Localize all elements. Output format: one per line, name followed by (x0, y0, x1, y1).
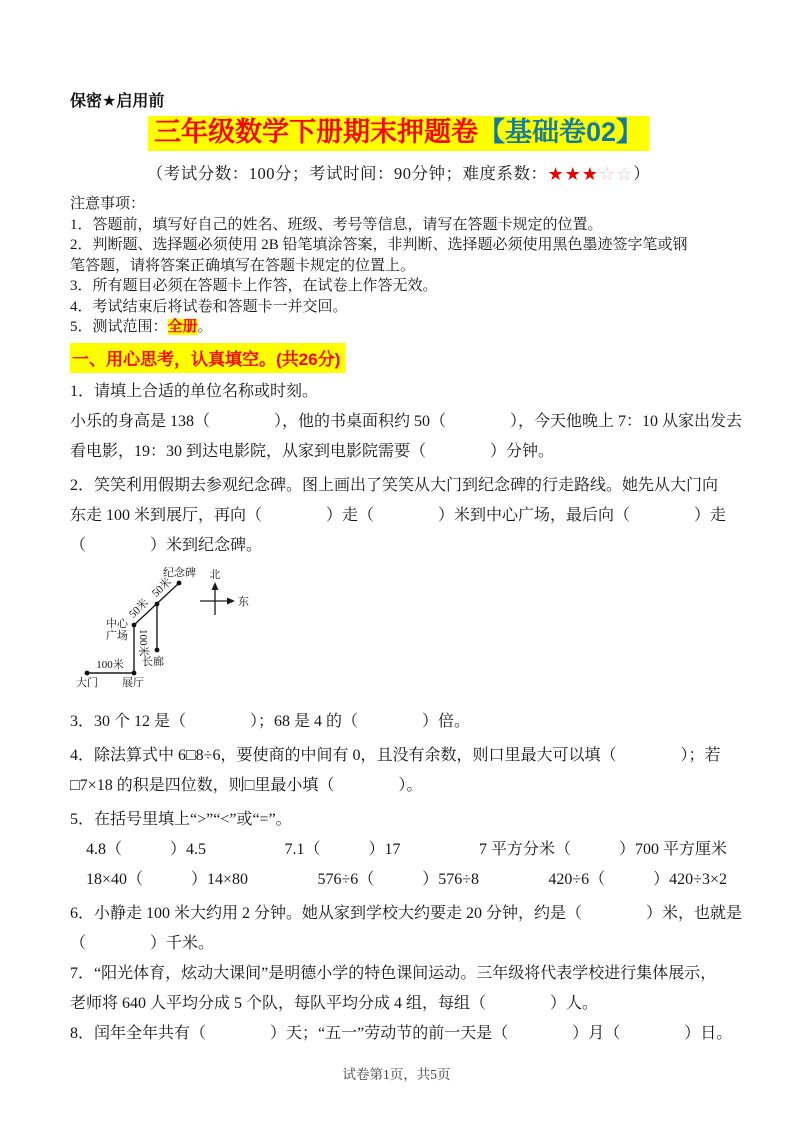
page-number-footer: 试卷第1页，共5页 (0, 1063, 793, 1083)
question-1-line-2: 小乐的身高是 138（ ），他的书桌面积约 50（ ），今天他晚上 7：10 从… (70, 407, 727, 437)
question-6-line-1: 6．小静走 100 米大约用 2 分钟。她从家到学校大约要走 20 分钟，约是（… (70, 899, 727, 929)
question-2: 2．笑笑利用假期去参观纪念碑。图上画出了笑笑从大门到纪念碑的行走路线。她先从大门… (70, 471, 727, 561)
question-6-line-2: （ ）千米。 (70, 929, 727, 959)
compass-icon: 北 东 (200, 568, 249, 615)
question-5: 5．在括号里填上“>”“<”或“=”。 4.8（ ）4.5 7.1（ ）17 7… (70, 805, 727, 895)
notes-item-4: 4．考试结束后将试卷和答题卡一并交回。 (70, 297, 727, 318)
question-7-line-2: 老师将 640 人平均分成 5 个队，每队平均分成 4 组，每组（ ）人。 (70, 989, 727, 1019)
plaza-label-line-1: 中心 (106, 616, 129, 630)
q5-compare-item: 18×40（ ）14×80 (86, 865, 248, 895)
hall-node (132, 670, 137, 675)
section-1-row: 一、用心思考，认真填空。(共26分) (70, 343, 727, 373)
page-title: 三年级数学下册期末押题卷【基础卷02】 (148, 116, 649, 151)
difficulty-stars-filled-icon: ★★★ (548, 164, 599, 185)
question-6: 6．小静走 100 米大约用 2 分钟。她从家到学校大约要走 20 分钟，约是（… (70, 899, 727, 959)
plaza-node (132, 622, 137, 627)
gate-label: 大门 (76, 675, 98, 689)
hall-label: 展厅 (122, 676, 144, 689)
question-2-line-1: 2．笑笑利用假期去参观纪念碑。图上画出了笑笑从大门到纪念碑的行走路线。她先从大门… (70, 471, 727, 501)
question-4-line-1: 4．除法算式中 6□8÷6，要使商的中间有 0，且没有余数，则口里最大可以填（ … (70, 741, 727, 771)
question-1: 1．请填上合适的单位名称或时刻。 小乐的身高是 138（ ），他的书桌面积约 5… (70, 377, 727, 467)
notes-block: 注意事项： 1．答题前，填写好自己的姓名、班级、考号等信息，请写在答题卡规定的位… (70, 194, 727, 338)
exam-info-line: （考试分数：100分；考试时间：90分钟；难度系数：★★★☆☆） (70, 160, 727, 185)
hall-plaza-distance-label: 100米 (137, 629, 151, 657)
notes-item-2-line-2: 笔答题，请将答案正确填写在答题卡规定的位置上。 (70, 256, 727, 277)
title-bracket-text: 【基础卷02】 (478, 117, 643, 147)
gate-node (85, 670, 90, 675)
plaza-label-line-2: 广场 (106, 628, 128, 642)
question-1-line-1: 1．请填上合适的单位名称或时刻。 (70, 377, 727, 407)
notes-item-5-prefix: 5．测试范围： (70, 319, 168, 335)
question-8-line-1: 8．闰年全年共有（ ）天；“五一”劳动节的前一天是（ ）月（ ）日。 (70, 1019, 727, 1049)
question-4-line-2: □7×18 的积是四位数，则□里最小填（ ）。 (70, 771, 727, 801)
q5-compare-item: 7 平方分米（ ）700 平方厘米 (479, 835, 727, 865)
plaza-mid-distance-label: 50米 (125, 595, 151, 620)
page-content: 保密★启用前 三年级数学下册期末押题卷【基础卷02】 （考试分数：100分；考试… (70, 0, 727, 1049)
q5-compare-item: 420÷6（ ）420÷3×2 (548, 865, 727, 895)
question-5-row-1: 4.8（ ）4.5 7.1（ ）17 7 平方分米（ ）700 平方厘米 (70, 835, 727, 865)
mid-node (155, 601, 160, 606)
question-5-line-1: 5．在括号里填上“>”“<”或“=”。 (70, 805, 727, 835)
notes-item-5: 5．测试范围：全册。 (70, 317, 727, 338)
question-1-line-3: 看电影，19：30 到达电影院，从家到电影院需要（ ）分钟。 (70, 437, 727, 467)
compass-north-label: 北 (210, 568, 221, 581)
confidential-notice: 保密★启用前 (70, 88, 727, 111)
question-5-row-2: 18×40（ ）14×80 576÷6（ ）576÷8 420÷6（ ）420÷… (70, 865, 727, 895)
q5-compare-item: 7.1（ ）17 (284, 835, 400, 865)
route-map-diagram: 纪念碑 中心 广场 长廊 大门 展厅 100米 100米 50米 50米 北 东 (70, 565, 727, 699)
route-map-svg: 纪念碑 中心 广场 长廊 大门 展厅 100米 100米 50米 50米 北 东 (70, 565, 330, 699)
corridor-node (155, 647, 160, 652)
question-7: 7．“阳光体育，炫动大课间”是明德小学的特色课间运动。三年级将代表学校进行集体展… (70, 959, 727, 1019)
notes-item-1: 1．答题前，填写好自己的姓名、班级、考号等信息，请写在答题卡规定的位置。 (70, 215, 727, 236)
difficulty-stars-empty-icon: ☆☆ (599, 164, 633, 185)
question-4: 4．除法算式中 6□8÷6，要使商的中间有 0，且没有余数，则口里最大可以填（ … (70, 741, 727, 801)
question-8: 8．闰年全年共有（ ）天；“五一”劳动节的前一天是（ ）月（ ）日。 (70, 1019, 727, 1049)
notes-item-3: 3．所有题目必须在答题卡上作答，在试卷上作答无效。 (70, 276, 727, 297)
exam-info-prefix: （考试分数：100分；考试时间：90分钟；难度系数： (147, 164, 548, 183)
q5-compare-item: 576÷6（ ）576÷8 (317, 865, 479, 895)
title-main-text: 三年级数学下册期末押题卷 (154, 117, 478, 147)
question-7-line-1: 7．“阳光体育，炫动大课间”是明德小学的特色课间运动。三年级将代表学校进行集体展… (70, 959, 727, 989)
question-3: 3．30 个 12 是（ ）；68 是 4 的（ ）倍。 (70, 707, 727, 737)
notes-heading: 注意事项： (70, 194, 727, 215)
question-2-line-3: （ ）米到纪念碑。 (70, 531, 727, 561)
notes-item-2-line-1: 2．判断题、选择题必须使用 2B 铅笔填涂答案，非判断、选择题必须使用黑色墨迹签… (70, 235, 727, 256)
gate-hall-distance-label: 100米 (96, 657, 124, 671)
question-3-line-1: 3．30 个 12 是（ ）；68 是 4 的（ ）倍。 (70, 707, 727, 737)
monument-label: 纪念碑 (163, 565, 196, 579)
monument-node (177, 580, 182, 585)
exam-info-suffix: ） (633, 164, 650, 183)
section-1-heading: 一、用心思考，认真填空。(共26分) (70, 343, 345, 373)
exam-paper-page: 保密★启用前 三年级数学下册期末押题卷【基础卷02】 （考试分数：100分；考试… (0, 0, 793, 1122)
compass-east-label: 东 (238, 595, 249, 608)
test-scope-highlight: 全册 (168, 319, 198, 335)
q5-compare-item: 4.8（ ）4.5 (86, 835, 206, 865)
title-row: 三年级数学下册期末押题卷【基础卷02】 (70, 116, 727, 151)
question-2-line-2: 东走 100 米到展厅，再向（ ）走（ ）米到中心广场，最后向（ ）走 (70, 501, 727, 531)
notes-item-5-suffix: 。 (198, 319, 213, 335)
